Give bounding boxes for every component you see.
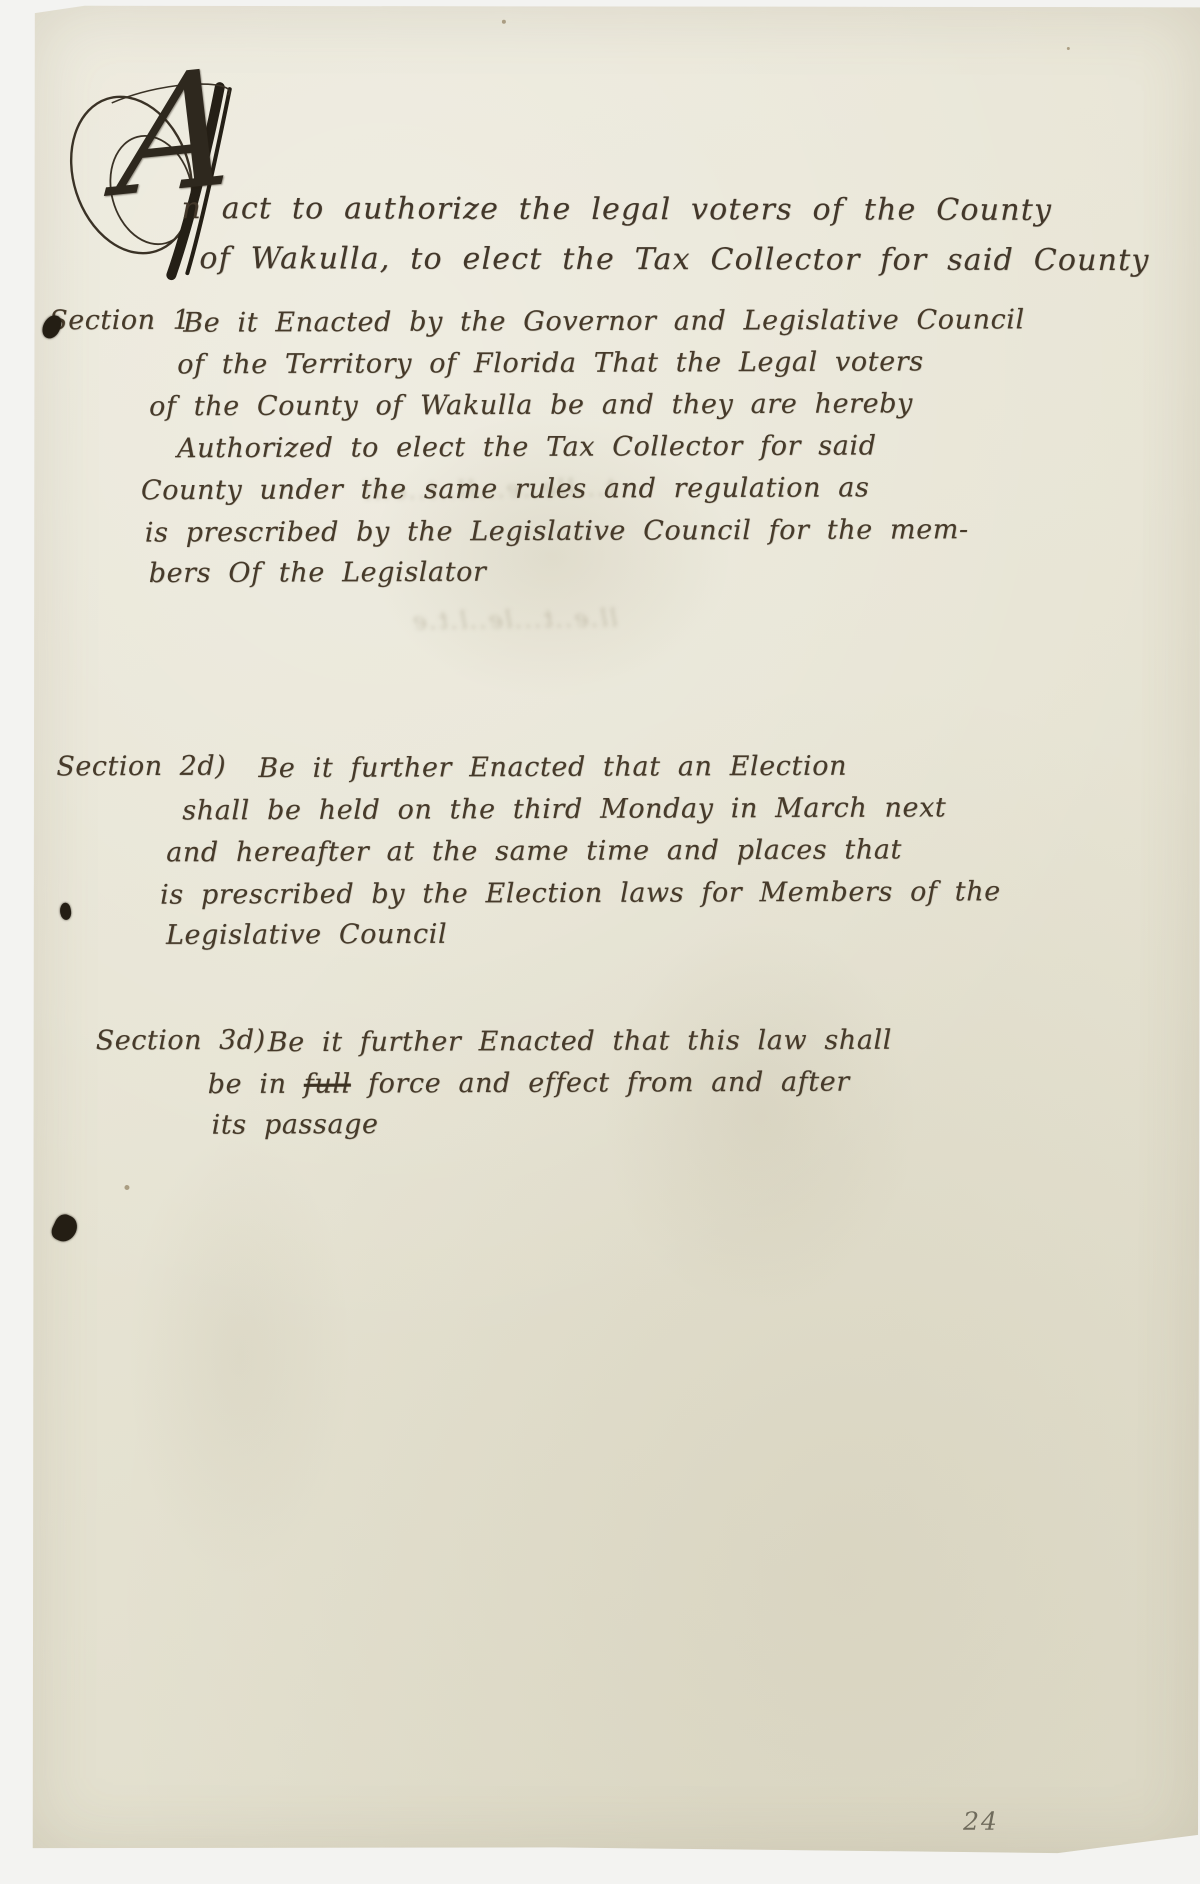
section-3-label: Section 3d) [96, 1025, 266, 1057]
struck-word: full [304, 1069, 351, 1100]
manuscript-paper: t...lle..e...ll..t..e.ll ll.e..t...le..l… [28, 5, 1200, 1855]
text-line: Be it Enacted by the Governor and Legisl… [183, 304, 1025, 338]
text-line: shall be held on the third Monday in Mar… [182, 792, 946, 826]
text-line: is prescribed by the Legislative Council… [145, 514, 969, 548]
section-1-label: Section 1 [49, 305, 190, 337]
paper-stain [549, 856, 970, 1377]
section-2-label: Section 2d) [56, 751, 226, 783]
text-line: is prescribed by the Election laws for M… [160, 876, 1001, 910]
ink-blot [58, 902, 72, 921]
act-title-line-1: n act to authorize the legal voters of t… [181, 191, 1052, 228]
foxing-spot [502, 20, 506, 24]
text-line: its passage [212, 1109, 379, 1141]
text-line: of the County of Wakulla be and they are… [149, 388, 913, 422]
section-1: Section 1 Be it Enacted by the Governor … [32, 5, 1200, 7]
foxing-spot [1067, 47, 1070, 50]
text-segment: be in [208, 1069, 287, 1100]
text-line: County under the same rules and regulati… [141, 472, 870, 506]
foxing-spot [124, 1185, 129, 1190]
text-line: and hereafter at the same time and place… [166, 834, 902, 868]
act-title-line-2: of Wakulla, to elect the Tax Collector f… [199, 241, 1149, 278]
document-page: t...lle..e...ll..t..e.ll ll.e..t...le..l… [0, 0, 1200, 1884]
text-line: Legislative Council [166, 919, 447, 951]
page-number: 24 [963, 1807, 999, 1836]
text-line: Authorized to elect the Tax Collector fo… [177, 430, 877, 464]
ink-bleed-through: ll.e..t...le..l.t.e [410, 604, 617, 635]
text-line: be in full force and effect from and aft… [208, 1067, 850, 1101]
ink-blot [49, 1211, 81, 1245]
paper-stain [310, 365, 791, 746]
ink-blot [40, 313, 64, 341]
text-segment: force and effect from and after [368, 1067, 850, 1100]
text-line: Be it further Enacted that an Election [258, 751, 847, 784]
paper-stain [88, 1055, 389, 1656]
section-3: Section 3d) Be it further Enacted that t… [32, 5, 1200, 7]
text-line: bers Of the Legislator [149, 557, 487, 589]
text-line: of the Territory of Florida That the Leg… [177, 346, 924, 380]
text-line: Be it further Enacted that this law shal… [268, 1025, 892, 1059]
section-2: Section 2d) Be it further Enacted that a… [32, 5, 1200, 7]
